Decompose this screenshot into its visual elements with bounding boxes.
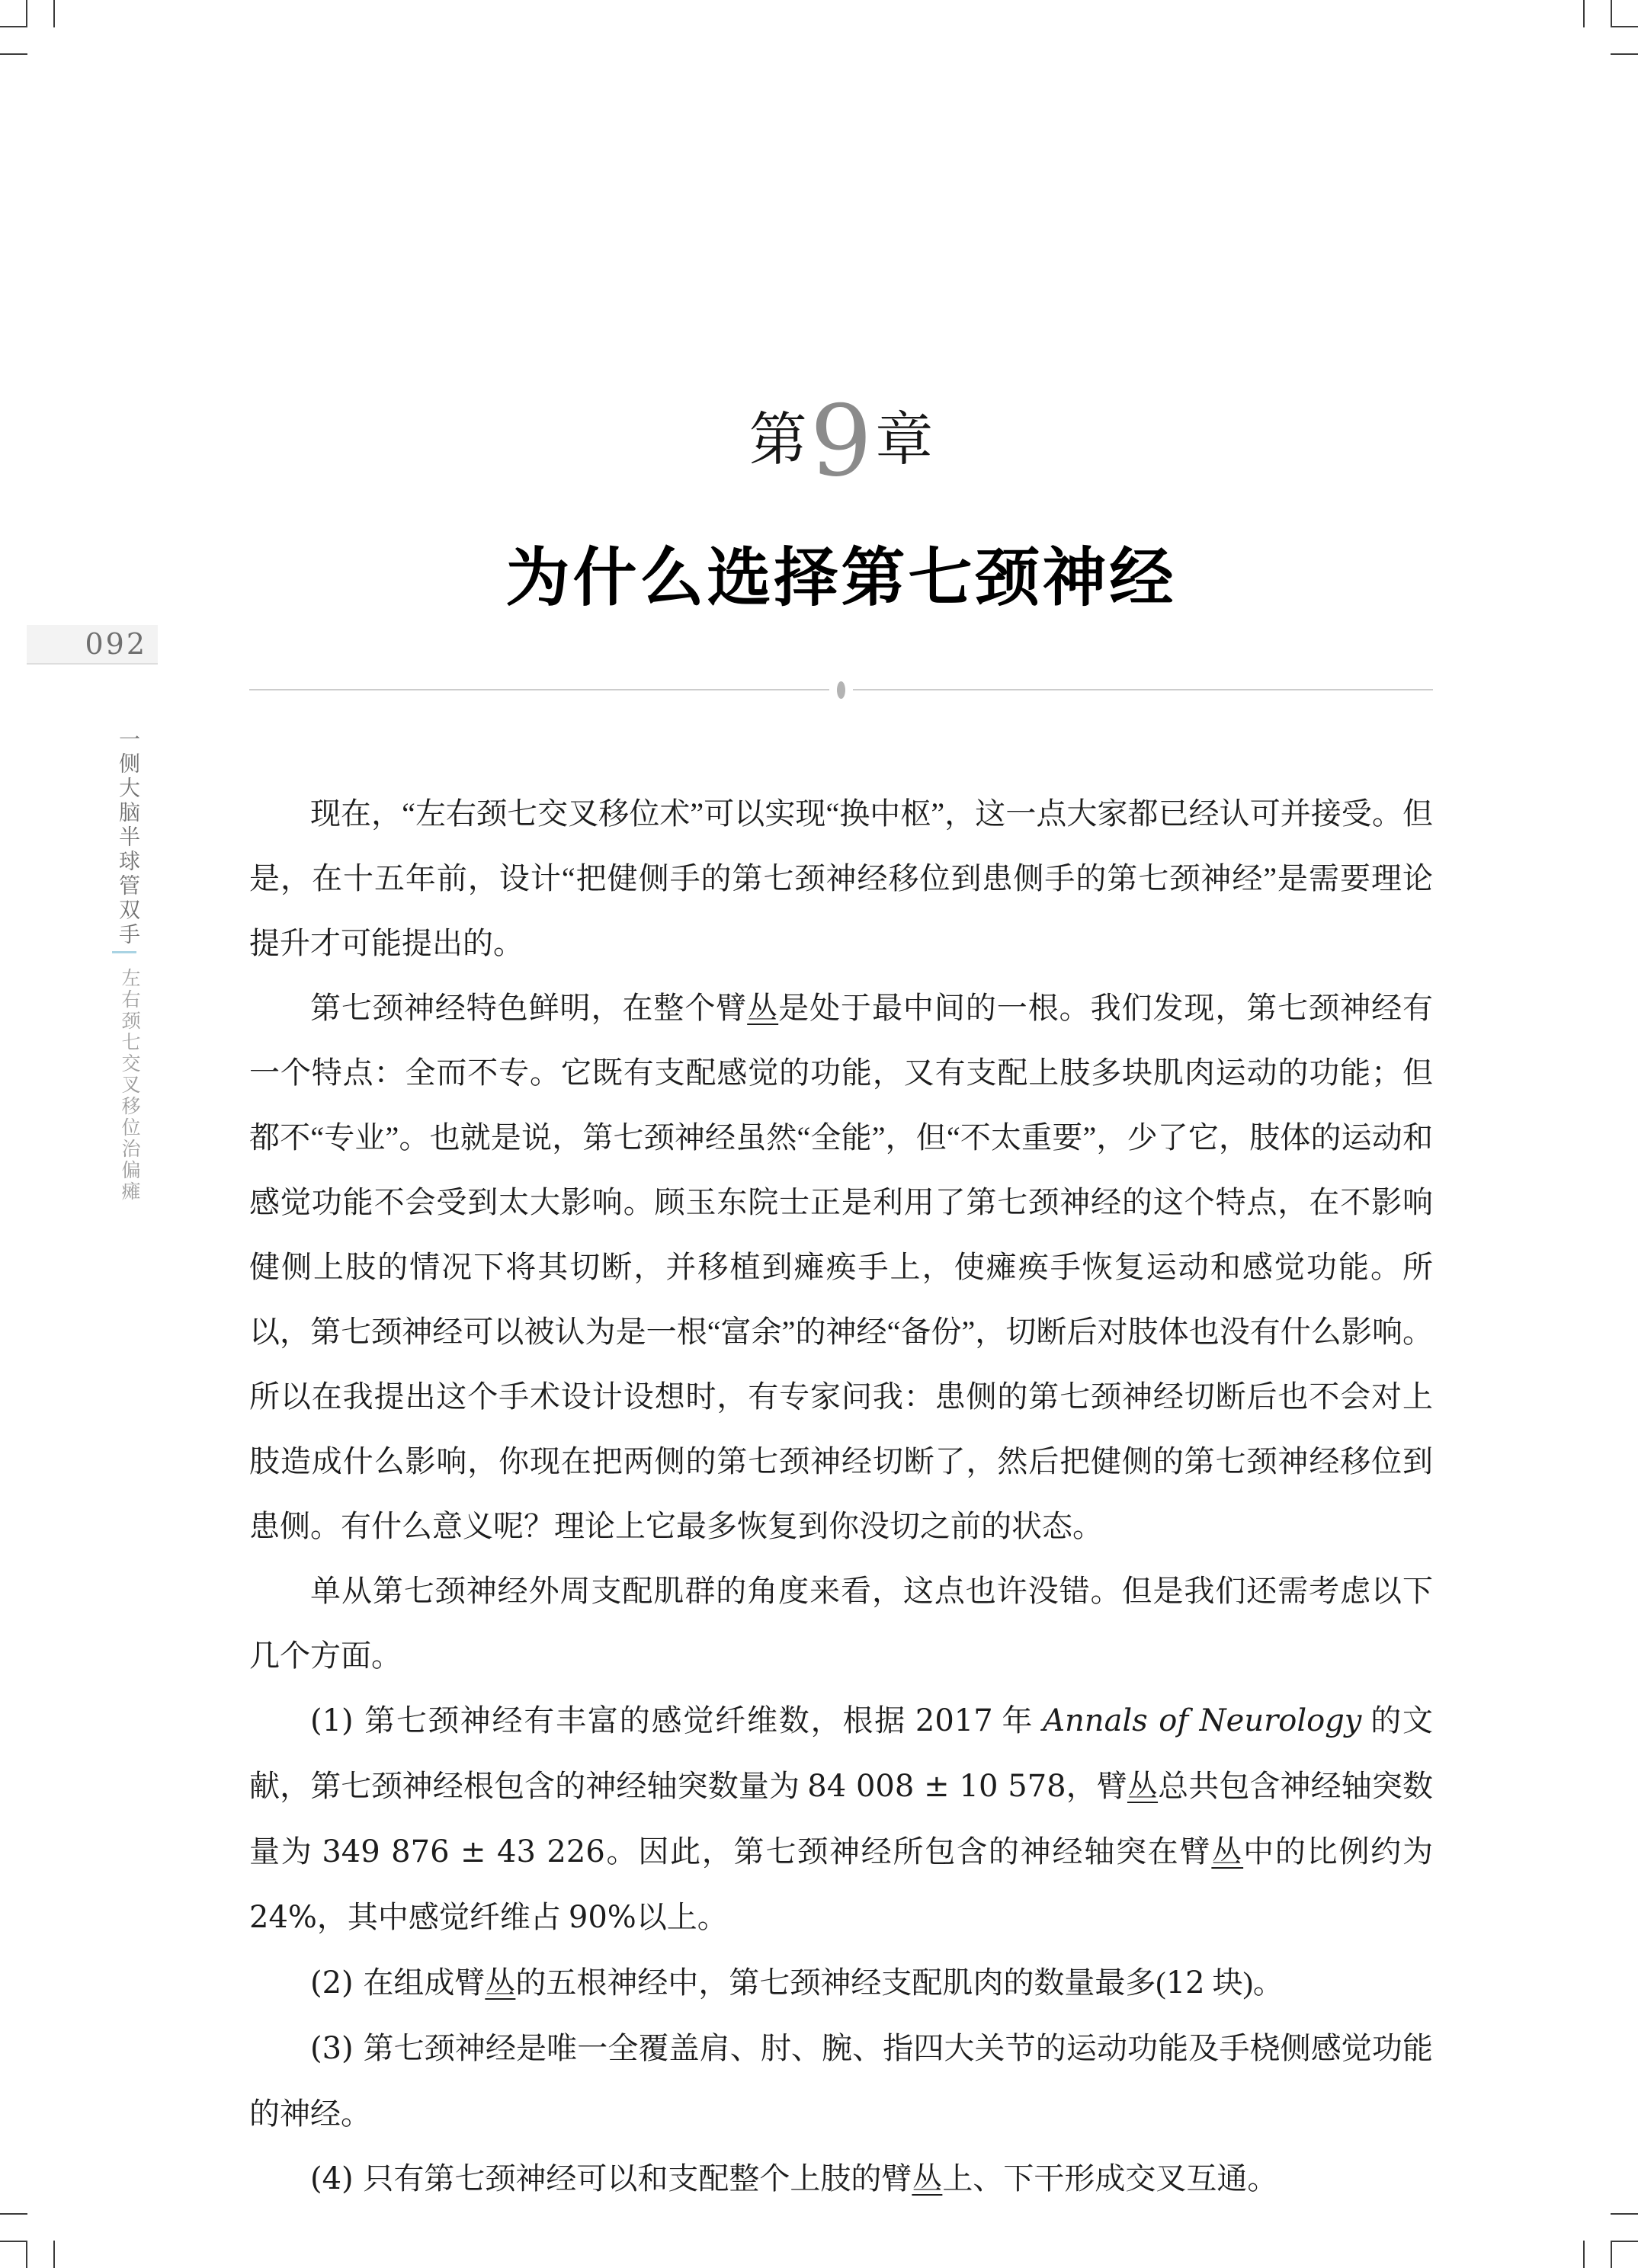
crop-mark-top-right bbox=[1611, 0, 1612, 27]
text-segment: (4) bbox=[310, 2161, 363, 2196]
crop-mark-bottom-right bbox=[1583, 2241, 1585, 2268]
journal-name: Annals of Neurology bbox=[1043, 1703, 1361, 1738]
crop-mark-bottom-left bbox=[53, 2241, 55, 2268]
text-segment: 单从第七颈神经外周支配肌群的角度来看，这点也许没错。但是我们还需考虑以下几个方面… bbox=[249, 1574, 1433, 1673]
paragraph: 单从第七颈神经外周支配肌群的角度来看，这点也许没错。但是我们还需考虑以下几个方面… bbox=[249, 1558, 1433, 1688]
text-segment: 中的比例约为 bbox=[1243, 1834, 1433, 1869]
crop-mark-top-left bbox=[0, 53, 27, 55]
text-segment: (2) bbox=[310, 1965, 363, 2001]
crop-mark-bottom-right bbox=[1611, 2241, 1612, 2268]
page-number: 092 bbox=[27, 625, 158, 665]
text-segment: 的五根神经中，第七颈神经支配肌肉的数量最多( bbox=[515, 1965, 1165, 2000]
paragraph: 第七颈神经特色鲜明，在整个臂丛是处于最中间的一根。我们发现，第七颈神经有一个特点… bbox=[249, 975, 1433, 1558]
text-segment: 第七颈神经有丰富的感觉纤维数，根据 bbox=[364, 1703, 915, 1738]
text-segment: 丛 bbox=[747, 991, 778, 1025]
crop-mark-bottom-left bbox=[0, 2213, 27, 2215]
crop-mark-bottom-right bbox=[1611, 2213, 1638, 2215]
crop-mark-bottom-left bbox=[26, 2241, 27, 2268]
sidebar-accent-rule bbox=[112, 951, 136, 953]
paragraph: 现在，“左右颈七交叉移位术”可以实现“换中枢”，这一点大家都已经认可并接受。但是… bbox=[249, 781, 1433, 975]
text-segment: ，臂 bbox=[1066, 1769, 1127, 1803]
text-segment: 块)。 bbox=[1205, 1965, 1284, 2000]
crop-mark-top-right bbox=[1611, 26, 1638, 27]
crop-mark-top-left bbox=[0, 26, 27, 27]
text-segment: 丛 bbox=[485, 1965, 515, 2000]
crop-mark-top-right bbox=[1583, 0, 1585, 27]
text-segment: 90% bbox=[569, 1900, 636, 1935]
text-segment: 以上。 bbox=[636, 1900, 728, 1934]
paragraph: (3) 第七颈神经是唯一全覆盖肩、肘、腕、指四大关节的运动功能及手桡侧感觉功能的… bbox=[249, 2016, 1433, 2146]
text-segment: (3) bbox=[310, 2031, 363, 2066]
text-segment: 84 008 ± 10 578 bbox=[807, 1769, 1066, 1804]
crop-mark-top-left bbox=[26, 0, 27, 27]
divider-rule-left bbox=[249, 689, 829, 690]
chapter-number: 9 bbox=[810, 385, 872, 498]
crop-mark-bottom-left bbox=[0, 2241, 27, 2242]
text-segment: 349 876 ± 43 226 bbox=[322, 1834, 604, 1869]
chapter-heading: 第9章 bbox=[249, 385, 1433, 498]
divider-diamond-ornament bbox=[837, 681, 845, 699]
paragraph: (4) 只有第七颈神经可以和支配整个上肢的臂丛上、下干形成交叉互通。 bbox=[249, 2146, 1433, 2212]
crop-mark-top-right bbox=[1611, 53, 1638, 55]
section-divider bbox=[249, 680, 1433, 700]
text-segment: 只有第七颈神经可以和支配整个上肢的臂 bbox=[363, 2161, 912, 2196]
text-segment: 。因此，第七颈神经所包含的神经轴突在臂 bbox=[605, 1834, 1212, 1869]
sidebar-book-title: 一侧大脑半球管双手 bbox=[112, 728, 143, 947]
chapter-title: 为什么选择第七颈神经 bbox=[249, 532, 1433, 623]
body-text: 现在，“左右颈七交叉移位术”可以实现“换中枢”，这一点大家都已经认可并接受。但是… bbox=[249, 781, 1433, 2212]
text-segment: 第七颈神经特色鲜明，在整个臂 bbox=[310, 991, 747, 1025]
crop-mark-top-left bbox=[53, 0, 55, 27]
text-segment: 在组成臂 bbox=[363, 1965, 485, 2000]
sidebar-book-subtitle: 左右颈七交叉移位治偏瘫 bbox=[115, 968, 143, 1203]
chapter-prefix: 第 bbox=[749, 408, 807, 472]
text-segment: ，其中感觉纤维占 bbox=[317, 1900, 569, 1934]
paragraph: (1) 第七颈神经有丰富的感觉纤维数，根据 2017 年 Annals of N… bbox=[249, 1688, 1433, 1950]
divider-rule-right bbox=[853, 689, 1433, 690]
text-segment: 现在，“左右颈七交叉移位术”可以实现“换中枢”，这一点大家都已经认可并接受。但是… bbox=[249, 796, 1433, 960]
text-segment: (1) bbox=[310, 1703, 364, 1738]
text-segment: 年 bbox=[993, 1703, 1043, 1738]
text-segment: 是处于最中间的一根。我们发现，第七颈神经有一个特点：全而不专。它既有支配感觉的功… bbox=[249, 991, 1433, 1543]
paragraph: (2) 在组成臂丛的五根神经中，第七颈神经支配肌肉的数量最多(12 块)。 bbox=[249, 1950, 1433, 2016]
text-segment: 丛 bbox=[1127, 1769, 1158, 1803]
text-segment: 12 bbox=[1166, 1965, 1205, 2001]
text-segment: 2017 bbox=[915, 1703, 993, 1738]
text-segment: 24% bbox=[249, 1900, 317, 1935]
book-page: 第9章 为什么选择第七颈神经 092 一侧大脑半球管双手 左右颈七交叉移位治偏瘫… bbox=[0, 0, 1638, 2268]
crop-mark-bottom-right bbox=[1611, 2241, 1638, 2242]
text-segment: 丛 bbox=[1211, 1834, 1243, 1869]
text-segment: 第七颈神经是唯一全覆盖肩、肘、腕、指四大关节的运动功能及手桡侧感觉功能的神经。 bbox=[249, 2031, 1433, 2131]
text-segment: 丛 bbox=[912, 2161, 942, 2196]
chapter-suffix: 章 bbox=[875, 408, 933, 472]
text-segment: 上、下干形成交叉互通。 bbox=[942, 2161, 1277, 2196]
